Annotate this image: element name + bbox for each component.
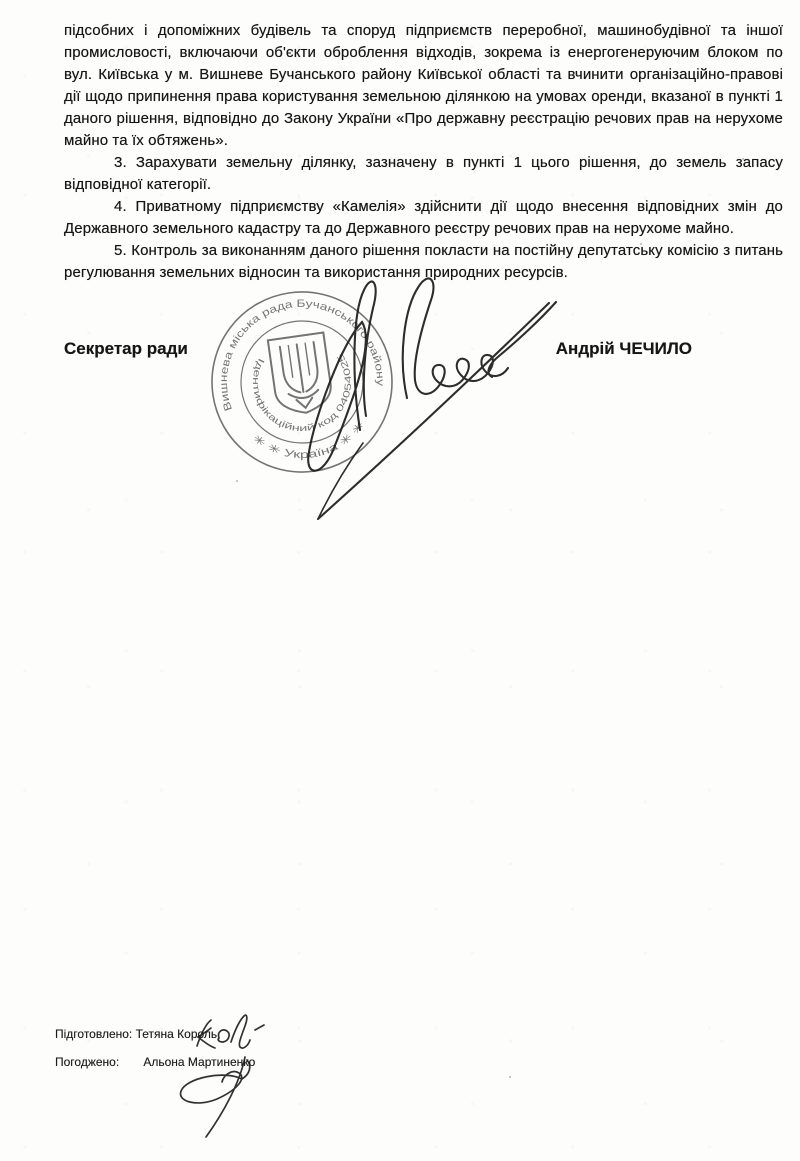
prepared-by-name: Тетяна Король [136, 1027, 218, 1041]
signature-row: Секретар ради Андрій ЧЕЧИЛО [64, 339, 692, 359]
svg-text:✳ ✳ Україна ✳ ✳: ✳ ✳ Україна ✳ ✳ [249, 417, 371, 469]
signatory-name: Андрій ЧЕЧИЛО [556, 339, 692, 359]
scanned-document-page: підсобних і допоміжних будівель та спору… [0, 0, 800, 1161]
document-body: підсобних і допоміжних будівель та спору… [64, 20, 783, 284]
stamp-ring-text-bottom: ✳ ✳ Україна ✳ ✳ [249, 417, 371, 469]
scan-speck [742, 158, 744, 160]
stamp-outer-circle [200, 280, 403, 483]
prepared-by-row: Підготовлено: Тетяна Король [55, 1027, 255, 1041]
stamp-inner-circle [233, 313, 371, 451]
agreed-by-label: Погоджено: [55, 1055, 140, 1069]
scan-speck [640, 243, 642, 245]
paragraph-continuation: підсобних і допоміжних будівель та спору… [64, 20, 783, 152]
paragraph-item-3: 3. Зарахувати земельну ділянку, зазначен… [64, 152, 783, 196]
prepared-by-label: Підготовлено: [55, 1027, 132, 1041]
agreed-by-row: Погоджено: Альона Мартиненко [55, 1055, 255, 1069]
paragraph-item-5: 5. Контроль за виконанням даного рішення… [64, 240, 783, 284]
secretary-signature [308, 279, 556, 519]
agreed-by-name: Альона Мартиненко [143, 1055, 255, 1069]
signatory-role: Секретар ради [64, 339, 188, 359]
document-footer: Підготовлено: Тетяна Король Погоджено: А… [55, 1027, 255, 1083]
paragraph-item-4: 4. Приватному підприємству «Камелія» зді… [64, 196, 783, 240]
scan-speck [236, 480, 238, 482]
scan-speck [509, 1076, 511, 1078]
